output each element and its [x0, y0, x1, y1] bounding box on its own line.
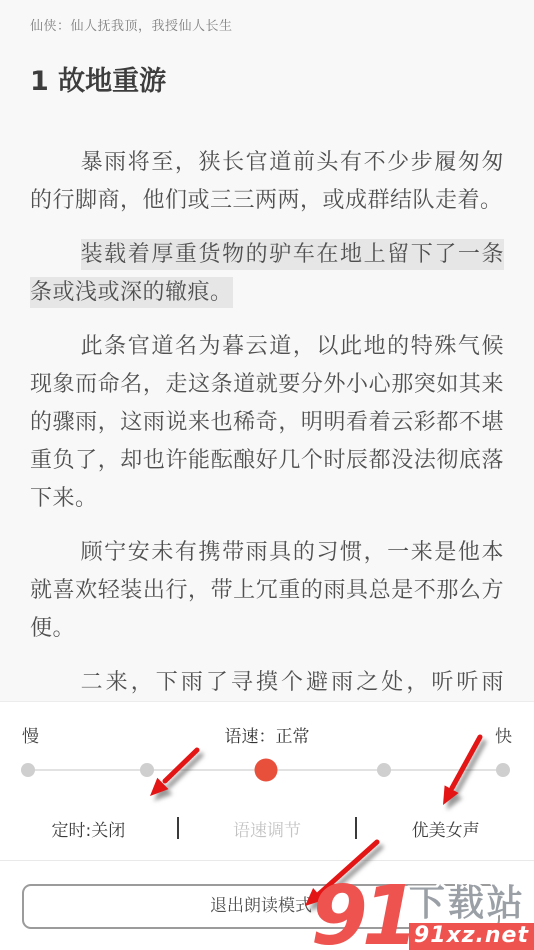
- chapter-title: 1 故地重游: [30, 64, 504, 100]
- paragraph-text: 顾宁安未有携带雨具的习惯，一来是他本就喜欢轻装出行，带上冗重的雨具总是不那么方便…: [30, 540, 504, 641]
- speed-fast-label: 快: [495, 722, 512, 747]
- reading-area: 仙侠：仙人抚我顶，我授仙人长生 1 故地重游 暴雨将至，狭长官道前头有不少步履匆…: [0, 0, 534, 701]
- tts-action-0[interactable]: 定时:关闭: [0, 816, 177, 841]
- speed-dot[interactable]: [21, 763, 35, 777]
- tts-highlighted-text: 装载着厚重货物的驴车在地上留下了一条条或浅或深的辙痕。: [30, 239, 504, 308]
- speed-dot-active[interactable]: [254, 759, 277, 782]
- panel-divider: [0, 860, 534, 861]
- reading-paragraphs: 暴雨将至，狭长官道前头有不少步履匆匆的行脚商，他们或三三两两，或成群结队走着。装…: [30, 144, 504, 701]
- speed-slider[interactable]: [28, 761, 503, 779]
- paragraph: 二来，下雨了寻摸个避雨之处，听听雨声，: [30, 664, 504, 701]
- speed-dot[interactable]: [377, 763, 391, 777]
- exit-reading-mode-button[interactable]: 退出朗读模式: [22, 884, 500, 929]
- paragraph-text: 此条官道名为暮云道，以此地的特殊气候现象而命名，走这条道就要分外小心那突如其来的…: [30, 334, 504, 511]
- speed-current-label: 语速：正常: [225, 722, 310, 747]
- paragraph: 顾宁安未有携带雨具的习惯，一来是他本就喜欢轻装出行，带上冗重的雨具总是不那么方便…: [30, 534, 504, 648]
- book-title: 仙侠：仙人抚我顶，我授仙人长生: [30, 18, 504, 35]
- tts-action-2[interactable]: 优美女声: [357, 816, 534, 841]
- speed-dot[interactable]: [140, 763, 154, 777]
- paragraph-text: 暴雨将至，狭长官道前头有不少步履匆匆的行脚商，他们或三三两两，或成群结队走着。: [30, 150, 504, 213]
- speed-dot[interactable]: [496, 763, 510, 777]
- paragraph: 此条官道名为暮云道，以此地的特殊气候现象而命名，走这条道就要分外小心那突如其来的…: [30, 328, 504, 518]
- speed-label-row: 慢 语速：正常 快: [22, 723, 512, 745]
- tts-panel: 慢 语速：正常 快 定时:关闭语速调节优美女声 退出朗读模式: [0, 701, 534, 950]
- paragraph-text: 二来，下雨了寻摸个避雨之处，听听雨声，: [30, 670, 504, 701]
- paragraph: 装载着厚重货物的驴车在地上留下了一条条或浅或深的辙痕。: [30, 236, 504, 312]
- tts-actions: 定时:关闭语速调节优美女声: [0, 810, 534, 846]
- reader-screen: 仙侠：仙人抚我顶，我授仙人长生 1 故地重游 暴雨将至，狭长官道前头有不少步履匆…: [0, 0, 534, 950]
- tts-action-1[interactable]: 语速调节: [179, 816, 356, 841]
- speed-slow-label: 慢: [22, 722, 39, 747]
- paragraph: 暴雨将至，狭长官道前头有不少步履匆匆的行脚商，他们或三三两两，或成群结队走着。: [30, 144, 504, 220]
